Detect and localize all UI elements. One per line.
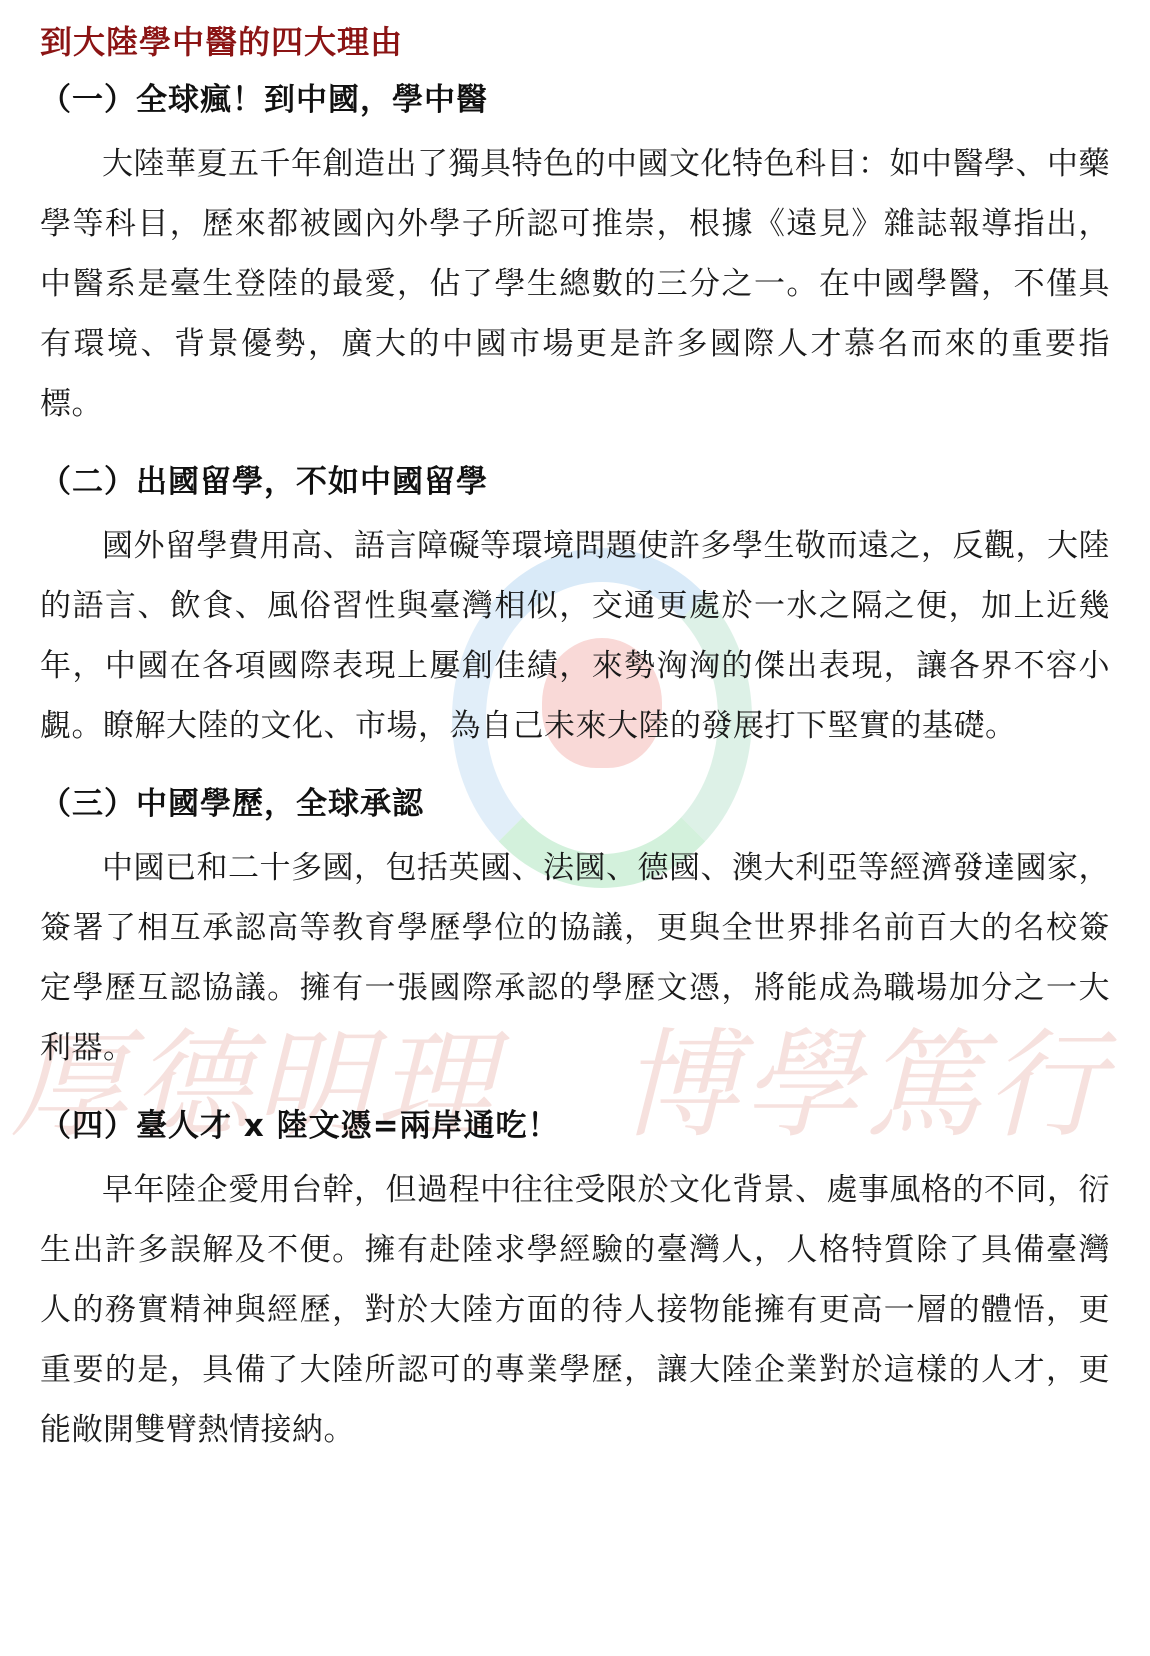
document-content: 到大陸學中醫的四大理由 （一）全球瘋！到中國，學中醫 大陸華夏五千年創造出了獨具…: [0, 0, 1150, 1460]
section-reason-2: （二）出國留學，不如中國留學 國外留學費用高、語言障礙等環境問題使許多學生敬而遠…: [40, 462, 1110, 756]
document-title: 到大陸學中醫的四大理由: [40, 22, 1110, 62]
section-heading: （四）臺人才 x 陸文憑=兩岸通吃！: [40, 1106, 1110, 1146]
section-body: 國外留學費用高、語言障礙等環境問題使許多學生敬而遠之，反觀，大陸的語言、飲食、風…: [40, 516, 1110, 756]
section-body: 大陸華夏五千年創造出了獨具特色的中國文化特色科目：如中醫學、中藥學等科目，歷來都…: [40, 134, 1110, 434]
section-reason-4: （四）臺人才 x 陸文憑=兩岸通吃！ 早年陸企愛用台幹，但過程中往往受限於文化背…: [40, 1106, 1110, 1460]
section-reason-1: （一）全球瘋！到中國，學中醫 大陸華夏五千年創造出了獨具特色的中國文化特色科目：…: [40, 80, 1110, 434]
section-heading: （三）中國學歷，全球承認: [40, 784, 1110, 824]
section-body: 早年陸企愛用台幹，但過程中往往受限於文化背景、處事風格的不同，衍生出許多誤解及不…: [40, 1160, 1110, 1460]
section-heading: （一）全球瘋！到中國，學中醫: [40, 80, 1110, 120]
section-heading: （二）出國留學，不如中國留學: [40, 462, 1110, 502]
section-reason-3: （三）中國學歷，全球承認 中國已和二十多國，包括英國、法國、德國、澳大利亞等經濟…: [40, 784, 1110, 1078]
section-body: 中國已和二十多國，包括英國、法國、德國、澳大利亞等經濟發達國家，簽署了相互承認高…: [40, 838, 1110, 1078]
